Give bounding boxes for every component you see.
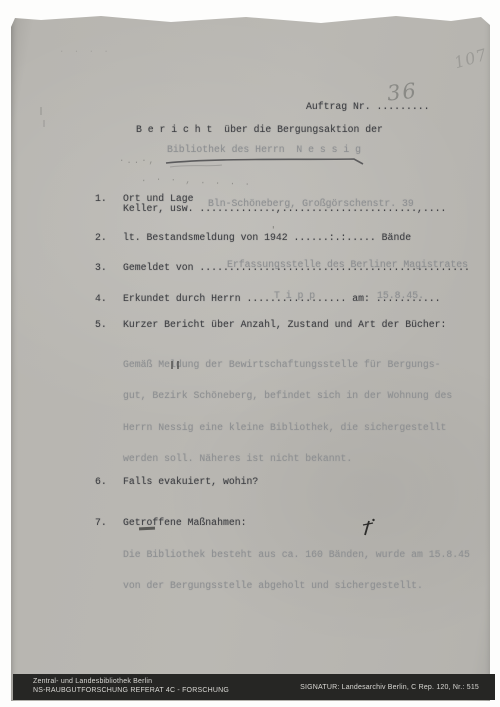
paragraph-line: werden soll. Näheres ist nicht bekannt. — [123, 454, 452, 464]
form-field-5-label: Kurzer Bericht über Anzahl, Zustand und … — [123, 320, 446, 330]
overstrike-mark — [171, 361, 173, 369]
report-subtitle: Bibliothek des Herrn N e s s i g — [167, 145, 361, 155]
handwritten-auftrag-number: 36 — [386, 78, 419, 105]
form-item-number: 5. — [95, 320, 107, 330]
footer-department: NS-RAUBGUTFORSCHUNG REFERAT 4C - FORSCHU… — [33, 687, 229, 696]
paper-sheet: 107 Auftrag Nr. ......... 36 B e r i c h… — [11, 13, 490, 701]
title-underline — [164, 155, 366, 169]
form-field-3-value: Erfassungsstelle des Berliner Magistrate… — [227, 260, 468, 270]
paragraph-line: Die Bibliothek besteht aus ca. 160 Bände… — [123, 550, 470, 560]
form-field-7-paragraph: Die Bibliothek besteht aus ca. 160 Bände… — [123, 529, 470, 613]
margin-smudge — [43, 120, 45, 127]
footer-signature: SIGNATUR: Landesarchiv Berlin, C Rep. 12… — [300, 684, 479, 691]
form-item-number: 4. — [95, 294, 107, 304]
footer-institution: Zentral- und Landesbibliothek Berlin — [33, 678, 229, 687]
paragraph-line: gut, Bezirk Schöneberg, befindet sich in… — [123, 391, 452, 401]
form-item-number: 3. — [95, 263, 107, 273]
handwritten-page-number: 107 — [452, 45, 489, 73]
faint-dots-mark: ·..·, — [119, 156, 156, 166]
paragraph-line: Herrn Nessig eine kleine Bibliothek, die… — [123, 423, 452, 433]
form-field-6-label: Falls evakuiert, wohin? — [123, 477, 258, 487]
form-item-number: 1. — [95, 194, 107, 204]
scanned-document-page: 107 Auftrag Nr. ......... 36 B e r i c h… — [0, 0, 500, 707]
margin-smudge — [40, 107, 42, 115]
handwritten-insertion-mark — [361, 518, 377, 536]
faint-dots-mark: · · · · — [59, 47, 111, 57]
form-item-number: 6. — [95, 477, 107, 487]
footer-left-block: Zentral- und Landesbibliothek Berlin NS-… — [33, 678, 229, 695]
report-title: B e r i c h t über die Bergungsaktion de… — [136, 125, 383, 135]
form-item-number: 2. — [95, 233, 107, 243]
form-field-1-value: Bln-Schöneberg, Großgörschenstr. 39 — [208, 199, 414, 209]
overstrike-mark — [177, 361, 179, 369]
handwritten-tick: ' — [272, 226, 274, 236]
form-field-4-name-value: T i p p — [274, 291, 315, 301]
form-field-2-label: lt. Bestandsmeldung von 1942 ......:.:..… — [123, 233, 411, 243]
paragraph-line: von der Bergungsstelle abgeholt und sich… — [123, 581, 470, 591]
auftrag-nr-label: Auftrag Nr. ......... — [306, 102, 429, 112]
form-item-number: 7. — [95, 518, 107, 528]
form-field-4-date-value: 15.8.45. — [377, 291, 424, 301]
archive-footer-bar: Zentral- und Landesbibliothek Berlin NS-… — [13, 674, 495, 700]
faint-dots-mark: . · · , . . . . — [141, 174, 252, 188]
